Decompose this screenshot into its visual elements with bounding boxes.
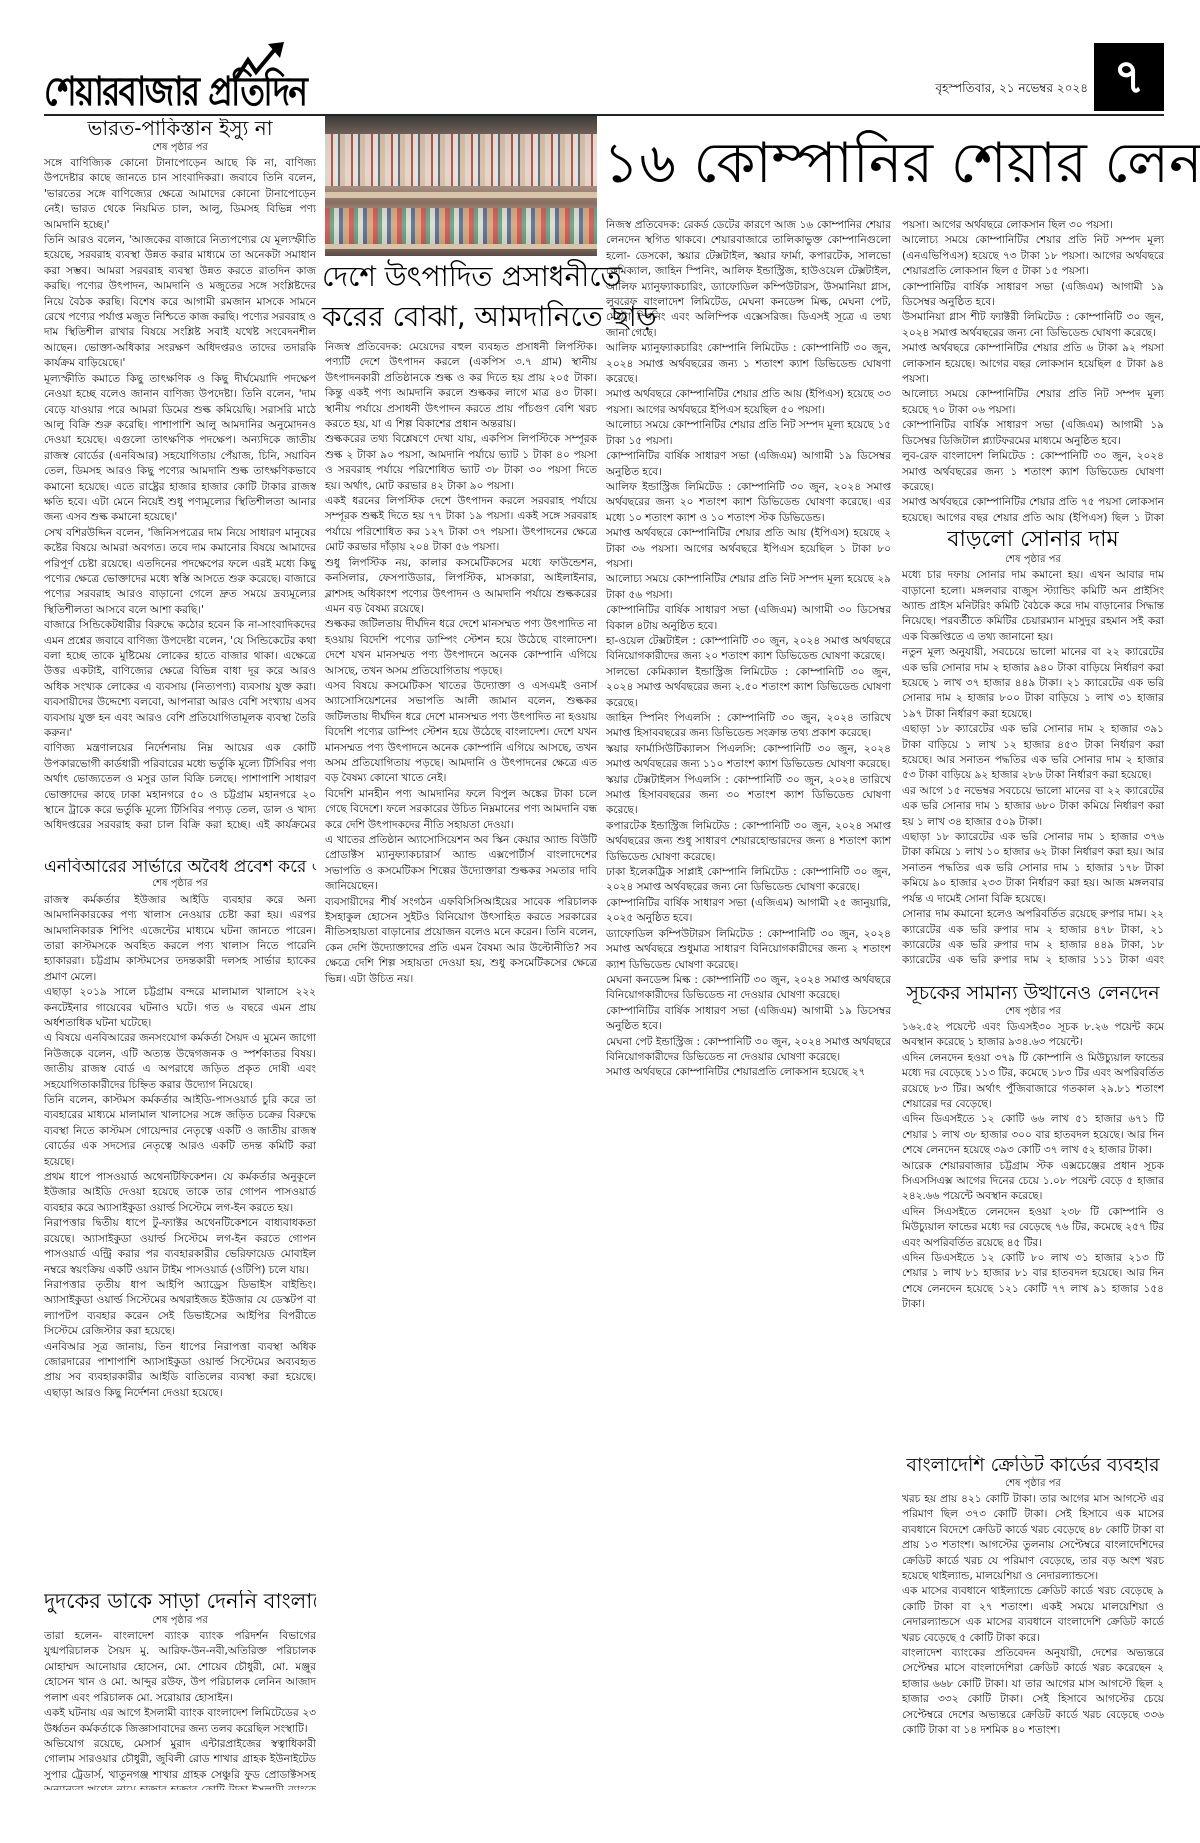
paragraph: এছাড়া ২০১৯ সালে চট্টগ্রাম বন্দরে মালামা… (44, 985, 316, 1031)
article-nbr-server: এনবিআরের সার্ভারে অবৈধ প্রবেশ করে এক কনট… (44, 858, 316, 1570)
paragraph: খরচ হয় প্রায় ৪২১ কোটি টাকা। তার আগের ম… (902, 1492, 1164, 1584)
paragraph: এছাড়া ১৮ ক্যারেটের এক ভরি সোনার দাম ১ হ… (902, 830, 1164, 907)
paragraph: মধ্যে চার দফায় সোনার দাম কমানো হয়। এখন… (902, 568, 1164, 645)
paragraph: ১৬২.৫২ পয়েন্টে এবং ডিএসই৩০ সূচক ৮.২৬ পয… (902, 1020, 1164, 1051)
paragraph: মূল্যস্ফীতি কমাতে কিছু তাৎক্ষণিক ও কিছু … (44, 372, 316, 526)
continuation-note: শেষ পৃষ্ঠার পর (44, 140, 316, 155)
paragraph: জাহিন স্পিনিং পিএলসি : কোম্পানিটি ৩০ জুন… (606, 711, 891, 742)
paragraph: আলিফ ম্যানুফ্যাকচারিং কোম্পানি লিমিটেড :… (606, 341, 891, 387)
paragraph: এদিন ডিএসইতে ১২ কোটি ৬৬ লাখ ৫১ হাজার ৬৭১… (902, 1112, 1164, 1158)
article-cosmetics: নিজস্ব প্রতিবেদক: মেয়েদের বহুল ব্যবহৃত … (325, 340, 597, 1790)
issue-date: বৃহস্পতিবার, ২১ নভেম্বর ২০২৪ (935, 80, 1088, 100)
paragraph: এছাড়া ১৮ ক্যারেটের এক ভরি সোনার দাম ২ হ… (902, 722, 1164, 784)
paragraph: স্কয়ার টেক্সটাইলস পিএলসি : কোম্পানিটি ৩… (606, 773, 891, 819)
paragraph: আলিফ ইন্ডাস্ট্রিজ লিমিটেড : কোম্পানিটি ৩… (606, 480, 891, 526)
headline: দুদকের ডাকে সাড়া দেননি বাংলাদেশ (44, 1590, 316, 1613)
masthead: শেয়ারবাজার প্রতিদিন বৃহস্পতিবার, ২১ নভে… (0, 0, 1200, 130)
paragraph: নিরাপত্তার তৃতীয় ধাপ আইপি অ্যাড্রেস ডিভ… (44, 1278, 316, 1340)
headline: বাড়লো সোনার দাম (902, 528, 1164, 552)
paragraph: হা-ওয়েল টেক্সটাইল : কোম্পানিটি ৩০ জুন, … (606, 634, 891, 665)
paragraph: আরেক শেয়ারবাজার চট্টগ্রাম স্টক এক্সচেঞ্… (902, 1159, 1164, 1205)
paragraph: এক মাসের ব্যবধানে থাইল্যান্ডে ক্রেডিট কা… (902, 1584, 1164, 1646)
paragraph: সমাপ্ত অর্থবছরে কোম্পানিটির শেয়ার প্রতি… (606, 526, 891, 572)
newspaper-logo: শেয়ারবাজার প্রতিদিন (44, 50, 364, 112)
paragraph: নিজস্ব প্রতিবেদক: মেয়েদের বহুল ব্যবহৃত … (325, 340, 597, 432)
page-number: ৭ (1094, 43, 1164, 111)
paragraph: তিনি বলেন, কাস্টমস কর্মকর্তার আইডি-পাসওয… (44, 1093, 316, 1170)
masthead-rule-right (619, 114, 1164, 116)
paragraph: কোম্পানিটির বার্ষিক সাধারণ সভা (এজিএম) আ… (902, 280, 1164, 311)
paragraph: সমাপ্ত অর্থবছরে কোম্পানিটির শেয়ার প্রতি… (902, 341, 1164, 387)
article-suspended-col1: নিজস্ব প্রতিবেদক: রেকর্ড ডেটের কারণে আজ … (606, 218, 891, 1788)
continuation-note: শেষ পৃষ্ঠার পর (44, 876, 316, 891)
headline: বাংলাদেশি ক্রেডিট কার্ডের ব্যবহার (902, 1455, 1164, 1476)
paragraph: কোম্পানিটির বার্ষিক সাধারণ সভা (এজিএম) আ… (606, 449, 891, 480)
article-gold: বাড়লো সোনার দাম শেষ পৃষ্ঠার পর মধ্যে চা… (902, 528, 1164, 968)
paragraph: এ খাতের প্রতিষ্ঠান অ্যাসোসিয়েশন অব স্কি… (325, 833, 597, 895)
continuation-note: শেষ পৃষ্ঠার পর (44, 1613, 316, 1628)
article-index: সূচকের সামান্য উত্থানেও লেনদেন শেষ পৃষ্ঠ… (902, 983, 1164, 1448)
paragraph: আলোচ্য সময়ে কোম্পানিটির শেয়ার প্রতি নি… (902, 387, 1164, 418)
headline-line-1: দেশে উৎপাদিত প্রসাধনীতে (322, 257, 600, 297)
paragraph: সোনার দাম কমানো হলেও অপরিবর্তিত রয়েছে র… (902, 907, 1164, 968)
paragraph: শুল্ককরের তথ্য বিশ্লেষণে দেখা যায়, একপি… (325, 432, 597, 494)
paragraph: এনবিআর সূত্র জানায়, তিন ধাপের নিরাপত্তা… (44, 1340, 316, 1402)
paragraph: ব্যবসায়ীদের শীর্ষ সংগঠন এফবিসিসিআইয়ের … (325, 895, 597, 987)
paragraph: মেঘনা পেট ইন্ডাস্ট্রিজ : কোম্পানিটি ৩০ জ… (606, 1035, 891, 1066)
article-suspended-col2: পয়সা। আগের অর্থবছরে লোকসান ছিল ৩০ পয়সা… (902, 218, 1164, 523)
paragraph: একই ধরনের লিপস্টিক দেশে উৎপাদন করলে সরবর… (325, 494, 597, 556)
paragraph: পয়সা। আগের অর্থবছরে লোকসান ছিল ৩০ পয়সা… (902, 218, 1164, 233)
headline: এনবিআরের সার্ভারে অবৈধ প্রবেশ করে এক কনট… (44, 858, 316, 876)
paragraph: মেঘনা কনডেন্স মিল্ক : কোম্পানিটি ৩০ জুন,… (606, 973, 891, 1004)
paragraph: সেখ বশিরউদ্দিন বলেন, 'জিনিসপত্রের দাম নি… (44, 526, 316, 618)
paragraph: তিনি আরও বলেন, 'আজকের বাজারে নিত্যপণ্যের… (44, 233, 316, 372)
paragraph: নতুন মূল্য অনুযায়ী, সবচেয়ে ভালো মানের … (902, 645, 1164, 722)
paragraph: বিদেশি মানহীন পণ্য আমদানির ফলে বিপুল অঙ্… (325, 787, 597, 833)
rising-arrow-icon (230, 42, 286, 88)
paragraph: বাজারে সিন্ডিকেটধারীর বিরুদ্ধে কঠোর হবেন… (44, 618, 316, 741)
paragraph: এদিন লেনদেন হওয়া ৩৭৯ টি কোম্পানি ও মিউচ… (902, 1051, 1164, 1113)
paragraph: উসমানিয়া গ্লাস শীট ফ্যাক্টরী লিমিটেড : … (902, 310, 1164, 341)
continuation-note: শেষ পৃষ্ঠার পর (902, 1004, 1164, 1019)
cosmetics-shelf-photo (325, 116, 597, 256)
article-india-pakistan: ভারত-পাকিস্তান ইস্যু না শেষ পৃষ্ঠার পর স… (44, 118, 316, 830)
paragraph: সমাপ্ত অর্থবছরে কোম্পানিটির শেয়ারপ্রতি … (606, 1065, 891, 1080)
continuation-note: শেষ পৃষ্ঠার পর (902, 1476, 1164, 1491)
paragraph: এর আগে ১৫ নভেম্বর সবচেয়ে ভালো মানের বা … (902, 784, 1164, 830)
paragraph: সমাপ্ত অর্থবছরে কোম্পানিটির শেয়ার প্রতি… (902, 495, 1164, 523)
paragraph: ড্যাফোডিল কম্পিউটারস লিমিটেড : কোম্পানিট… (606, 927, 891, 973)
paragraph: প্রথম ধাপে পাসওয়ার্ড অথেনটিফিকেশন। যে ক… (44, 1170, 316, 1216)
headline-line-2: করের বোঝা, আমদানিতে ছাড় (322, 297, 600, 337)
paragraph: ঢাকা ইলেকট্রিক সাপ্লাই কোম্পানি লিমিটেড … (606, 865, 891, 896)
paragraph: সঙ্গে বাণিজ্যিক কোনো টানাপোড়েন আছে কি ন… (44, 156, 316, 233)
paragraph: রাজস্ব কর্মকর্তার ইউজার আইডি ব্যবহার করে… (44, 893, 316, 985)
paragraph: নিজস্ব প্রতিবেদক: রেকর্ড ডেটের কারণে আজ … (606, 218, 891, 341)
paragraph: একই ঘটনায় এর আগে ইসলামী ব্যাংক বাংলাদেশ… (44, 1706, 316, 1737)
article-credit-card: বাংলাদেশি ক্রেডিট কার্ডের ব্যবহার শেষ পৃ… (902, 1455, 1164, 1790)
paragraph: এদিন ডিএসইতে ১২ কোটি ৮০ লাখ ৩১ হাজার ২১৩… (902, 1251, 1164, 1313)
paragraph: কোম্পানিটির বার্ষিক সাধারণ সভা (এজিএম) আ… (606, 603, 891, 634)
headline: সূচকের সামান্য উত্থানেও লেনদেন (902, 983, 1164, 1004)
paragraph: শুধু লিপস্টিক নয়, কালার কসমেটিকসের মধ্য… (325, 556, 597, 618)
paragraph: অভিযোগ রয়েছে, মেসার্স মুরাদ এন্টারপ্রাই… (44, 1737, 316, 1790)
paragraph: কোম্পানিটির বার্ষিক সাধারণ সভা (এজিএম) আ… (606, 896, 891, 927)
paragraph: বাণিজ্য মন্ত্রণালয়ের নির্দেশনায় নিম্ন … (44, 741, 316, 830)
paragraph: এদিন সিএসইতে লেনদেন হওয়া ২৩৮ টি কোম্পান… (902, 1205, 1164, 1251)
continuation-note: শেষ পৃষ্ঠার পর (902, 552, 1164, 567)
paragraph: আলোচ্য সময়ে কোম্পানিটির শেয়ার প্রতি নি… (606, 418, 891, 449)
paragraph: আলোচ্য সময়ে কোম্পানিটির শেয়ার প্রতি নি… (902, 233, 1164, 279)
headline: ভারত-পাকিস্তান ইস্যু না (44, 118, 316, 140)
paragraph: শুল্ককর জটিলতায় দীর্ঘদিন ধরে দেশে মানসম… (325, 617, 597, 679)
paragraph: এসব বিষয়ে কসমেটিকস খাতের উদ্যোক্তা ও এস… (325, 679, 597, 787)
paragraph: কোম্পানিটির বার্ষিক সাধারণ সভা (এজিএম) আ… (902, 418, 1164, 449)
paragraph: সালভো কেমিক্যাল ইন্ডাস্ট্রিজ লিমিটেড : ক… (606, 665, 891, 711)
paragraph: কপারটেক ইন্ডাস্ট্রিজ লিমিটেড : কোম্পানিট… (606, 819, 891, 865)
paragraph: স্কয়ার ফার্মাসিউটিক্যালস পিএলসি: কোম্পা… (606, 742, 891, 773)
paragraph: সমাপ্ত অর্থবছরে কোম্পানিটির শেয়ার প্রতি… (606, 387, 891, 418)
paragraph: নিরাপত্তার দ্বিতীয় ধাপে টু-ফ্যাক্টর অথে… (44, 1216, 316, 1278)
paragraph: তারা হলেন- বাংলাদেশ ব্যাংক ব্যাংক পরিদর্… (44, 1629, 316, 1706)
main-headline: ১৬ কোম্পানির শেয়ার লেনদেন স্থগিত (603, 118, 1200, 214)
paragraph: এ বিষয়ে এনবিআরের জনসংযোগ কর্মকর্তা সৈয়… (44, 1031, 316, 1093)
paragraph: লুব-রেফ বাংলাদেশ লিমিটেড : কোম্পানিটি ৩০… (902, 449, 1164, 495)
cosmetics-headline: দেশে উৎপাদিত প্রসাধনীতে করের বোঝা, আমদান… (322, 257, 600, 337)
article-dudok: দুদকের ডাকে সাড়া দেননি বাংলাদেশ শেষ পৃষ… (44, 1590, 316, 1790)
paragraph: বাংলাদেশ ব্যাংকের প্রতিবেদন অনুযায়ী, দে… (902, 1646, 1164, 1738)
paragraph: কোম্পানিটির বার্ষিক সাধারণ সভা (এজিএম) আ… (606, 1004, 891, 1035)
paragraph: আলোচ্য সময়ে কোম্পানিটির শেয়ার প্রতি নি… (606, 572, 891, 603)
